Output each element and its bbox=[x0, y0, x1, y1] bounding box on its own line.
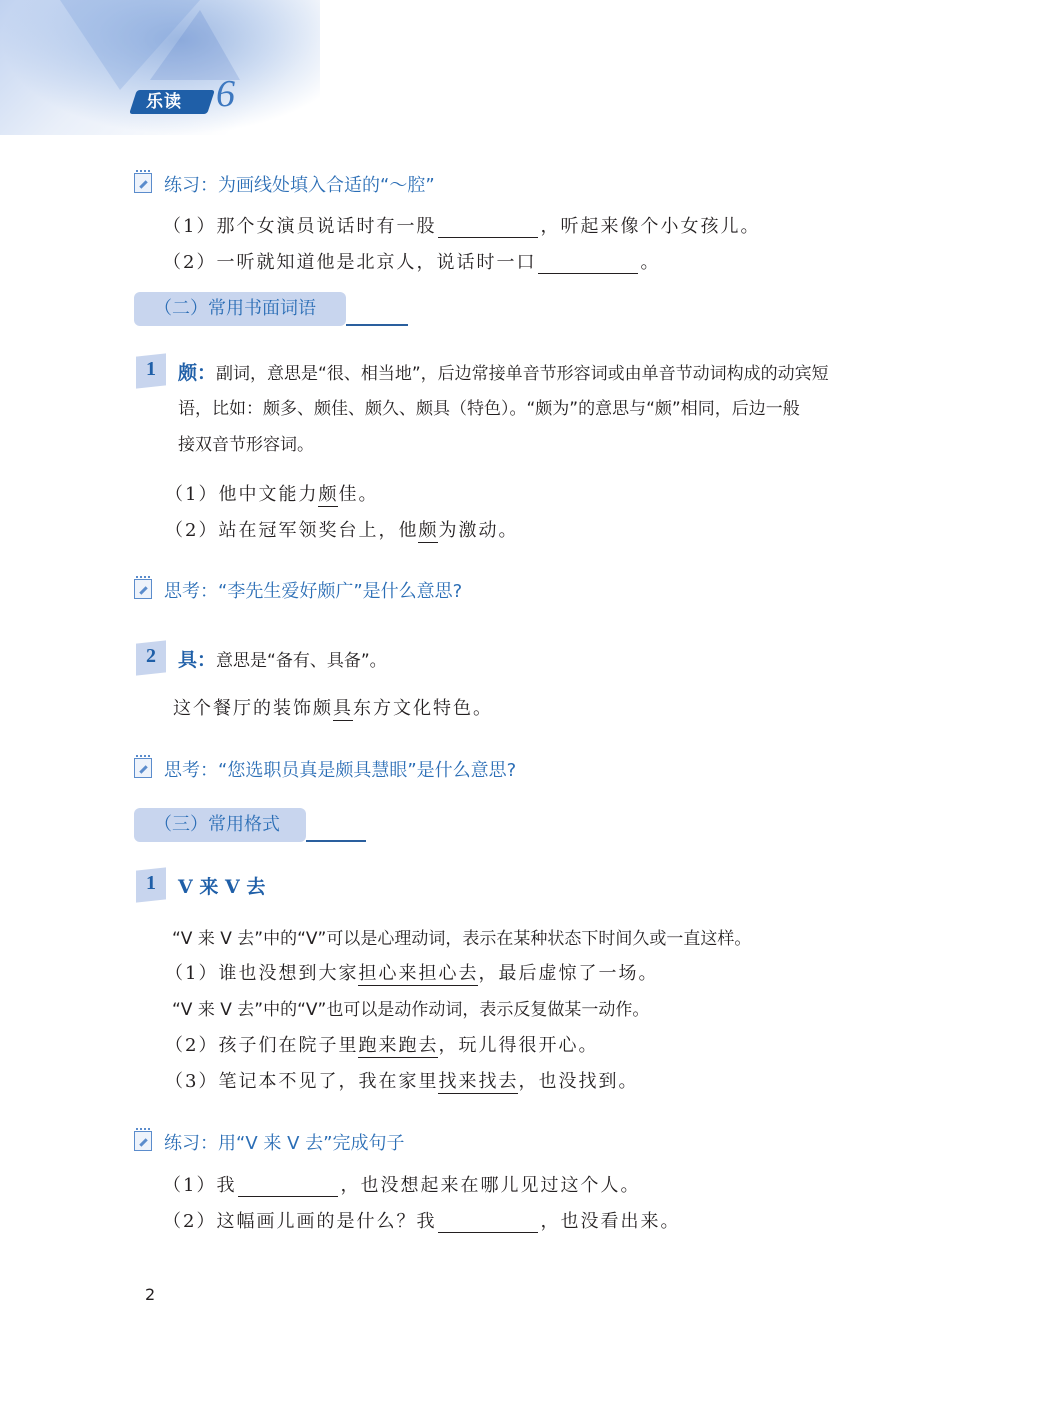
entry-definition-line: 接双音节形容词。 bbox=[178, 430, 314, 455]
fill-blank[interactable] bbox=[438, 1214, 538, 1233]
notepad-pencil-icon bbox=[134, 758, 152, 778]
underlined-word: 颇 bbox=[418, 520, 438, 543]
lesson-number: 6 bbox=[216, 72, 235, 116]
think-question: 思考：“您选职员真是颇具慧眼”是什么意思? bbox=[164, 756, 516, 782]
underlined-word: 具 bbox=[333, 698, 353, 721]
exercise-item: （1）那个女演员说话时有一股，听起来像个小女孩儿。 bbox=[163, 212, 760, 238]
example-sentence: 这个餐厅的装饰颇具东方文化特色。 bbox=[173, 694, 493, 720]
entry-number: 1 bbox=[136, 358, 166, 381]
section-heading: （三）常用格式 bbox=[134, 808, 306, 842]
exercise-title: 练习：为画线处填入合适的“～腔” bbox=[164, 171, 435, 197]
underlined-word: 找来找去 bbox=[438, 1071, 518, 1094]
exercise-item: （1）我，也没想起来在哪儿见过这个人。 bbox=[163, 1171, 640, 1197]
page-number: 2 bbox=[145, 1285, 155, 1304]
fill-blank[interactable] bbox=[438, 219, 538, 238]
entry-term: 颇： bbox=[178, 362, 216, 384]
entry-term: 具： bbox=[178, 649, 216, 671]
entry-number: 1 bbox=[136, 872, 166, 895]
pattern-description: “V 来 V 去”中的“V”可以是心理动词，表示在某种状态下时间久或一直这样。 bbox=[172, 924, 751, 949]
lesson-badge-label: 乐读 bbox=[146, 90, 182, 114]
think-question: 思考：“李先生爱好颇广”是什么意思? bbox=[164, 577, 462, 603]
notepad-pencil-icon bbox=[134, 1131, 152, 1151]
pattern-description: “V 来 V 去”中的“V”也可以是动作动词，表示反复做某一动作。 bbox=[172, 995, 649, 1020]
fill-blank[interactable] bbox=[238, 1178, 338, 1197]
entry-term: V 来 V 去 bbox=[178, 872, 265, 899]
section-heading: （二）常用书面词语 bbox=[134, 292, 346, 326]
header-facet bbox=[150, 10, 240, 80]
exercise-title: 练习：用“V 来 V 去”完成句子 bbox=[164, 1129, 404, 1155]
notepad-pencil-icon bbox=[134, 579, 152, 599]
example-sentence: （1）他中文能力颇佳。 bbox=[165, 480, 378, 506]
entry-definition-line: 颇：副词，意思是“很、相当地”，后边常接单音节形容词或由单音节动词构成的动宾短 bbox=[178, 358, 829, 385]
example-sentence: （3）笔记本不见了，我在家里找来找去，也没找到。 bbox=[165, 1067, 638, 1093]
example-sentence: （2）站在冠军领奖台上，他颇为激动。 bbox=[165, 516, 518, 542]
entry-definition-line: 具：意思是“备有、具备”。 bbox=[178, 645, 387, 672]
exercise-item: （2）这幅画儿画的是什么？我，也没看出来。 bbox=[163, 1207, 680, 1233]
section-rule bbox=[306, 840, 366, 842]
entry-definition-line: 语，比如：颇多、颇佳、颇久、颇具（特色）。“颇为”的意思与“颇”相同，后边一般 bbox=[178, 394, 800, 419]
entry-number: 2 bbox=[136, 645, 166, 668]
underlined-word: 担心来担心去 bbox=[358, 963, 478, 986]
example-sentence: （2）孩子们在院子里跑来跑去，玩儿得很开心。 bbox=[165, 1031, 598, 1057]
underlined-word: 跑来跑去 bbox=[358, 1035, 438, 1058]
fill-blank[interactable] bbox=[538, 255, 638, 274]
example-sentence: （1）谁也没想到大家担心来担心去，最后虚惊了一场。 bbox=[165, 959, 658, 985]
exercise-item: （2）一听就知道他是北京人，说话时一口。 bbox=[163, 248, 660, 274]
section-rule bbox=[346, 324, 408, 326]
notepad-pencil-icon bbox=[134, 173, 152, 193]
underlined-word: 颇 bbox=[318, 484, 338, 507]
